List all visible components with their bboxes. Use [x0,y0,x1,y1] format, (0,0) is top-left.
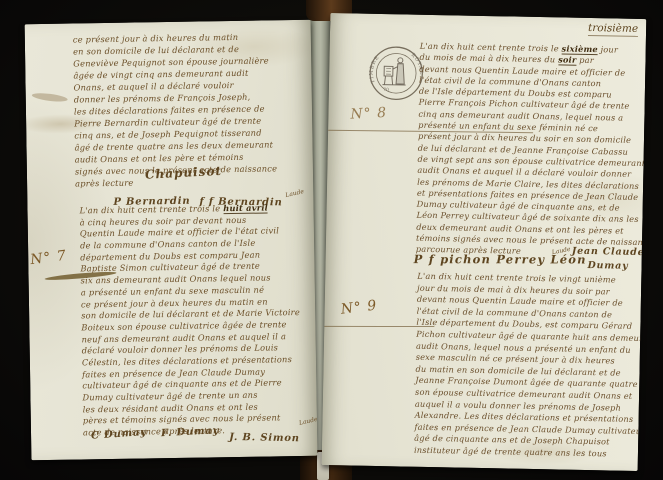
witness-signature-jb-simon: J. B. Simon [229,432,300,444]
right-page: troisième TIMBRE ROYAL 70 N° 8 L'an dix … [322,13,647,471]
act-8-body: devant nous Quentin Laude maire et offic… [416,63,644,259]
witness-signature-c-dumay: C Dumay [91,427,147,442]
line-text-end: par [576,55,594,65]
witness-signature-jean-claude: Jean Claude [572,246,645,258]
mayor-paraph: Laude [285,188,305,199]
timbre-royal-stamp: TIMBRE ROYAL 70 [367,44,426,103]
date-emphasis: huit avril [223,202,268,214]
stamp-value: 70 [383,88,389,93]
opening-text: L'an dix huit cent trente trois le [79,203,223,215]
left-page: ce présent jour à dix heures du matinen … [25,20,318,460]
opening-text-end: jour [598,44,618,54]
act-8-text: L'an dix huit cent trente trois le sixiè… [416,41,644,260]
act-number-annotation-7: N° 7 [29,248,67,268]
witness-signature-dumay: Dumay [587,260,628,272]
time-emphasis: soir [558,55,577,66]
folio-label: troisième [588,22,638,37]
act-number-annotation-8: N° 8 [350,105,387,123]
act-9-text: L'an dix huit cent trente trois le vingt… [414,271,642,461]
date-emphasis: sixième [561,43,597,55]
act-7-body: à cinq heures du soir par devant nousQue… [80,213,318,439]
line-text: du mois de mai à dix heures du [419,52,558,65]
act-7-text: L'an dix huit cent trente trois le huit … [79,202,317,439]
stamp-figure [382,57,406,85]
page-stain [31,92,68,103]
act-number-annotation-9: N° 9 [340,297,378,317]
